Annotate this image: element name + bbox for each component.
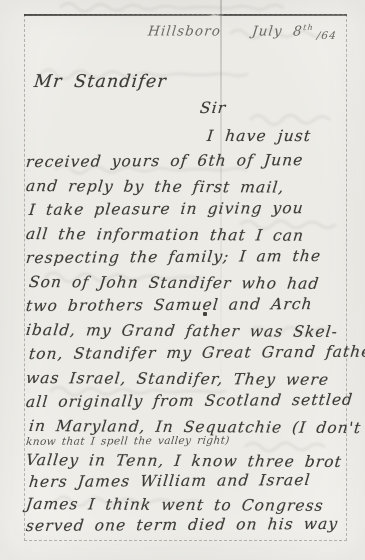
ink-blot xyxy=(203,312,207,316)
page-border-top-line xyxy=(24,14,347,16)
opening-line: I have just xyxy=(206,127,312,145)
dateline: Hillsboro July 8th /64 xyxy=(147,22,338,42)
body-line: served one term died on his way xyxy=(25,513,346,537)
body-line: I take pleasure in giving you xyxy=(25,196,347,222)
body-line: respecting the family; I am the xyxy=(25,244,347,270)
salutation: Sir xyxy=(199,99,227,117)
letter-photo: Hillsboro July 8th /64 Mr Standifer Sir … xyxy=(0,0,365,560)
body-line: all originally from Scotland settled xyxy=(25,388,347,414)
letter-body: received yours of 6th of June and reply … xyxy=(26,150,345,537)
dateline-day: July 8 xyxy=(251,24,303,40)
dateline-place: Hillsboro xyxy=(147,24,222,40)
interline-note: know that I spell the valley right) xyxy=(25,434,346,449)
body-line: two brothers Samuel and Arch xyxy=(25,292,347,318)
addressee: Mr Standifer xyxy=(33,72,168,92)
body-line: hers James William and Israel xyxy=(25,469,346,493)
dateline-year: /64 xyxy=(316,30,337,42)
body-line: received yours of 6th of June xyxy=(25,148,347,174)
dateline-ordinal: th xyxy=(303,22,315,32)
body-line: ton, Standifer my Great Grand father xyxy=(25,340,347,366)
